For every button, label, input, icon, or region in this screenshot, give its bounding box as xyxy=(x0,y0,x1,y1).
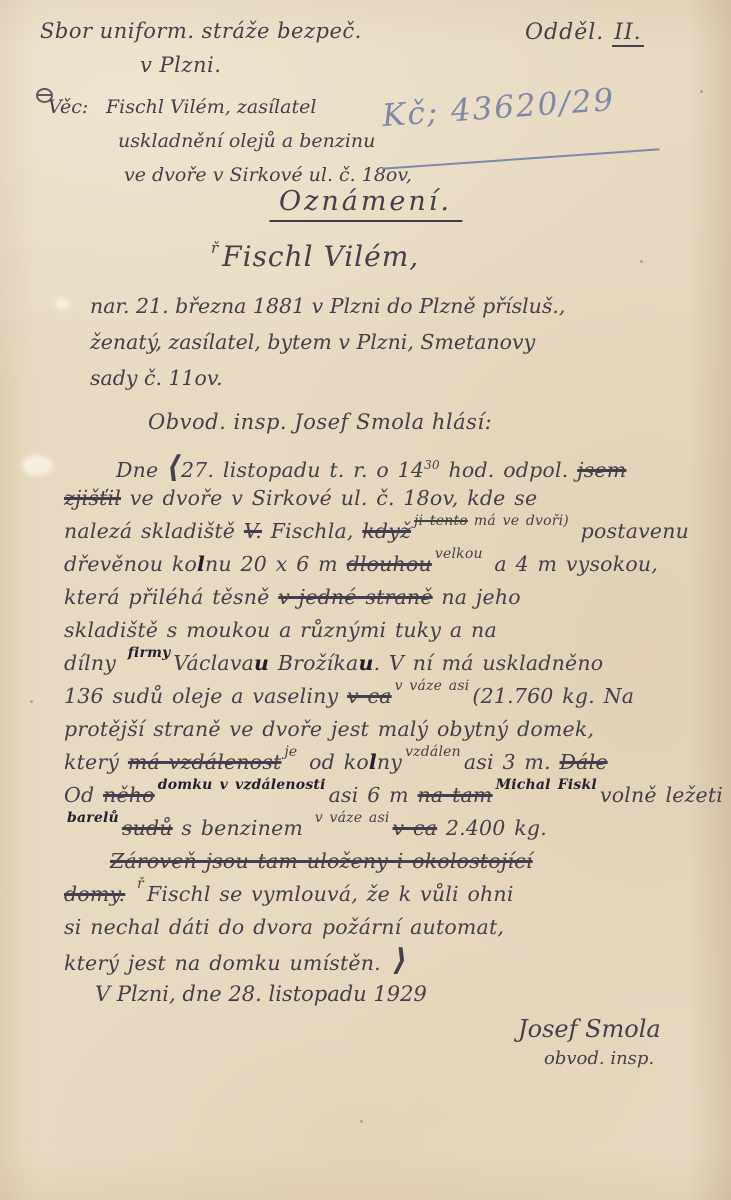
struck-text: sudů xyxy=(122,816,173,840)
body-text: Dne xyxy=(116,458,167,482)
body-text: asi 3 m. xyxy=(464,750,560,774)
struck-text: zjišťil xyxy=(64,486,121,510)
body-text: volně ležeti 15 xyxy=(600,783,731,807)
intro-line: sady č. 11ov. xyxy=(90,360,565,396)
struck-text: Dále xyxy=(560,750,608,774)
report-body: Dne ⟨27. listopadu t. r. o 1430 hod. odp… xyxy=(64,449,714,977)
body-line: Zároveň jsou tam uloženy i okolostojící xyxy=(64,845,714,878)
body-text: u xyxy=(254,651,269,675)
body-text: l xyxy=(197,552,205,576)
body-text: si nechal dáti do dvora požární automat, xyxy=(64,915,504,939)
subject-block: Věc: Fischl Vilém, zasílateluskladnění o… xyxy=(48,90,412,192)
paper-speck xyxy=(360,1120,363,1123)
header-org: Sbor uniform. stráže bezpeč. v Plzni. xyxy=(40,14,362,82)
body-text: dřevěnou ko xyxy=(64,552,197,576)
paper-speck xyxy=(700,90,703,93)
body-text: Václava xyxy=(173,651,254,675)
struck-text: když xyxy=(362,519,411,543)
subject-label: Věc: xyxy=(48,90,88,124)
struck-text: v jedné straně xyxy=(278,585,432,609)
body-text: Fischl se vymlouvá, že k vůli ohni xyxy=(147,882,514,906)
body-line: domy. řFischl se vymlouvá, že k vůli ohn… xyxy=(64,878,714,911)
body-line: která přiléhá těsně v jedné straně na je… xyxy=(64,581,714,614)
body-line: si nechal dáti do dvora požární automat, xyxy=(64,911,714,944)
body-text: 2.400 kg. xyxy=(437,816,547,840)
body-text: nu 20 x 6 m xyxy=(205,552,347,576)
struck-text: domy. xyxy=(64,882,125,906)
body-text: ny xyxy=(377,750,402,774)
person-name-text: Fischl Vilém, xyxy=(222,240,419,273)
body-line: Dne ⟨27. listopadu t. r. o 1430 hod. odp… xyxy=(64,449,714,482)
struck-text: na tam xyxy=(418,783,493,807)
body-line: nalezá skladiště V. Fischla, kdyžji tent… xyxy=(64,515,714,548)
body-text: a 4 m vysokou, xyxy=(486,552,658,576)
document-scan-page: Sbor uniform. stráže bezpeč. v Plzni. Od… xyxy=(0,0,731,1200)
struck-text: něho xyxy=(103,783,155,807)
dept-number: II. xyxy=(612,20,643,47)
paper-spot xyxy=(58,300,67,307)
paper-speck xyxy=(30,700,33,703)
signature-block: Josef Smola obvod. insp. xyxy=(518,1014,661,1074)
person-name: řFischl Vilém, xyxy=(208,240,419,273)
struck-text: jsem xyxy=(577,458,626,482)
body-text: protější straně ve dvoře jest malý obytn… xyxy=(64,717,594,741)
body-text: (21.760 kg. Na xyxy=(472,684,634,708)
department-label: Odděl. II. xyxy=(525,20,644,45)
body-text: nalezá skladiště xyxy=(64,519,244,543)
body-text: ⟨ xyxy=(167,450,181,485)
body-text: . V ní má uskladněno xyxy=(374,651,604,675)
body-text: který xyxy=(64,750,128,774)
intro-line: nar. 21. března 1881 v Plzni do Plzně př… xyxy=(90,288,565,324)
reference-number: Kč; 43620/29 xyxy=(381,82,616,134)
subject-line: Fischl Vilém, zasílatel xyxy=(106,90,412,124)
body-text: ⟩ xyxy=(381,943,408,978)
body-text: postavenu xyxy=(572,519,689,543)
body-text: 136 sudů oleje a vaseliny xyxy=(64,684,347,708)
reporter-line: Obvod. insp. Josef Smola hlásí: xyxy=(148,410,492,434)
struck-text: má vzdálenost xyxy=(128,750,282,774)
body-text: Od xyxy=(64,783,103,807)
struck-text: dlouhou xyxy=(347,552,432,576)
org-line1: Sbor uniform. stráže bezpeč. xyxy=(40,14,362,48)
reference-underline xyxy=(382,148,659,169)
closing-date: V Plzni, dne 28. listopadu 1929 xyxy=(95,982,427,1006)
paper-spot xyxy=(24,458,50,473)
body-line: protější straně ve dvoře jest malý obytn… xyxy=(64,713,714,746)
body-text xyxy=(125,882,134,906)
body-line: zjišťil ve dvoře v Sirkové ul. č. 18ov, … xyxy=(64,482,714,515)
struck-text: v ca xyxy=(347,684,392,708)
body-text: Fischla, xyxy=(262,519,362,543)
body-text: asi 6 m xyxy=(329,783,418,807)
body-line: dřevěnou kolnu 20 x 6 m dlouhouvelkou a … xyxy=(64,548,714,581)
body-text: na jeho xyxy=(433,585,521,609)
body-line: skladiště s moukou a různými tuky a na xyxy=(64,614,714,647)
body-text: 30 xyxy=(424,458,440,472)
intro-line: ženatý, zasílatel, bytem v Plzni, Smetan… xyxy=(90,324,565,360)
signature-name: Josef Smola xyxy=(518,1014,661,1044)
doc-title: Oznámení. xyxy=(269,186,462,222)
body-text: Brožíka xyxy=(269,651,358,675)
body-text: u xyxy=(358,651,373,675)
body-line: Od něhodomku v vzdálenostiasi 6 m na tam… xyxy=(64,779,714,812)
body-line: který jest na domku umístěn. ⟩ xyxy=(64,944,714,977)
struck-text: v ca xyxy=(393,816,438,840)
body-text: l xyxy=(369,750,377,774)
subject-line: uskladnění olejů a benzinu xyxy=(118,124,412,158)
body-text: ve dvoře v Sirkové ul. č. 18ov, kde se xyxy=(121,486,537,510)
body-text: dílny xyxy=(64,651,125,675)
body-text: hod. odpol. xyxy=(440,458,577,482)
body-text: která přiléhá těsně xyxy=(64,585,278,609)
struck-text: V. xyxy=(244,519,262,543)
body-text: s benzinem xyxy=(173,816,312,840)
intro-paragraph: nar. 21. března 1881 v Plzni do Plzně př… xyxy=(90,288,565,396)
body-line: barelůsudů s benzinem v váze asiv ca 2.4… xyxy=(64,812,714,845)
org-line2: v Plzni. xyxy=(140,48,362,82)
body-text: 27. listopadu t. r. o 14 xyxy=(181,458,424,482)
body-line: který má vzdálenostje od kolnyvzdálenasi… xyxy=(64,746,714,779)
paper-speck xyxy=(640,260,643,263)
body-line: dílny firmyVáclavau Brožíkau. V ní má us… xyxy=(64,647,714,680)
dept-word: Odděl. xyxy=(525,20,604,45)
body-text: skladiště s moukou a různými tuky a na xyxy=(64,618,497,642)
body-text: který jest na domku umístěn. xyxy=(64,951,381,975)
body-line: 136 sudů oleje a vaseliny v cav váze asi… xyxy=(64,680,714,713)
signature-title: obvod. insp. xyxy=(544,1044,661,1074)
body-text: od ko xyxy=(300,750,368,774)
struck-text: Zároveň jsou tam uloženy i okolostojící xyxy=(110,849,533,873)
